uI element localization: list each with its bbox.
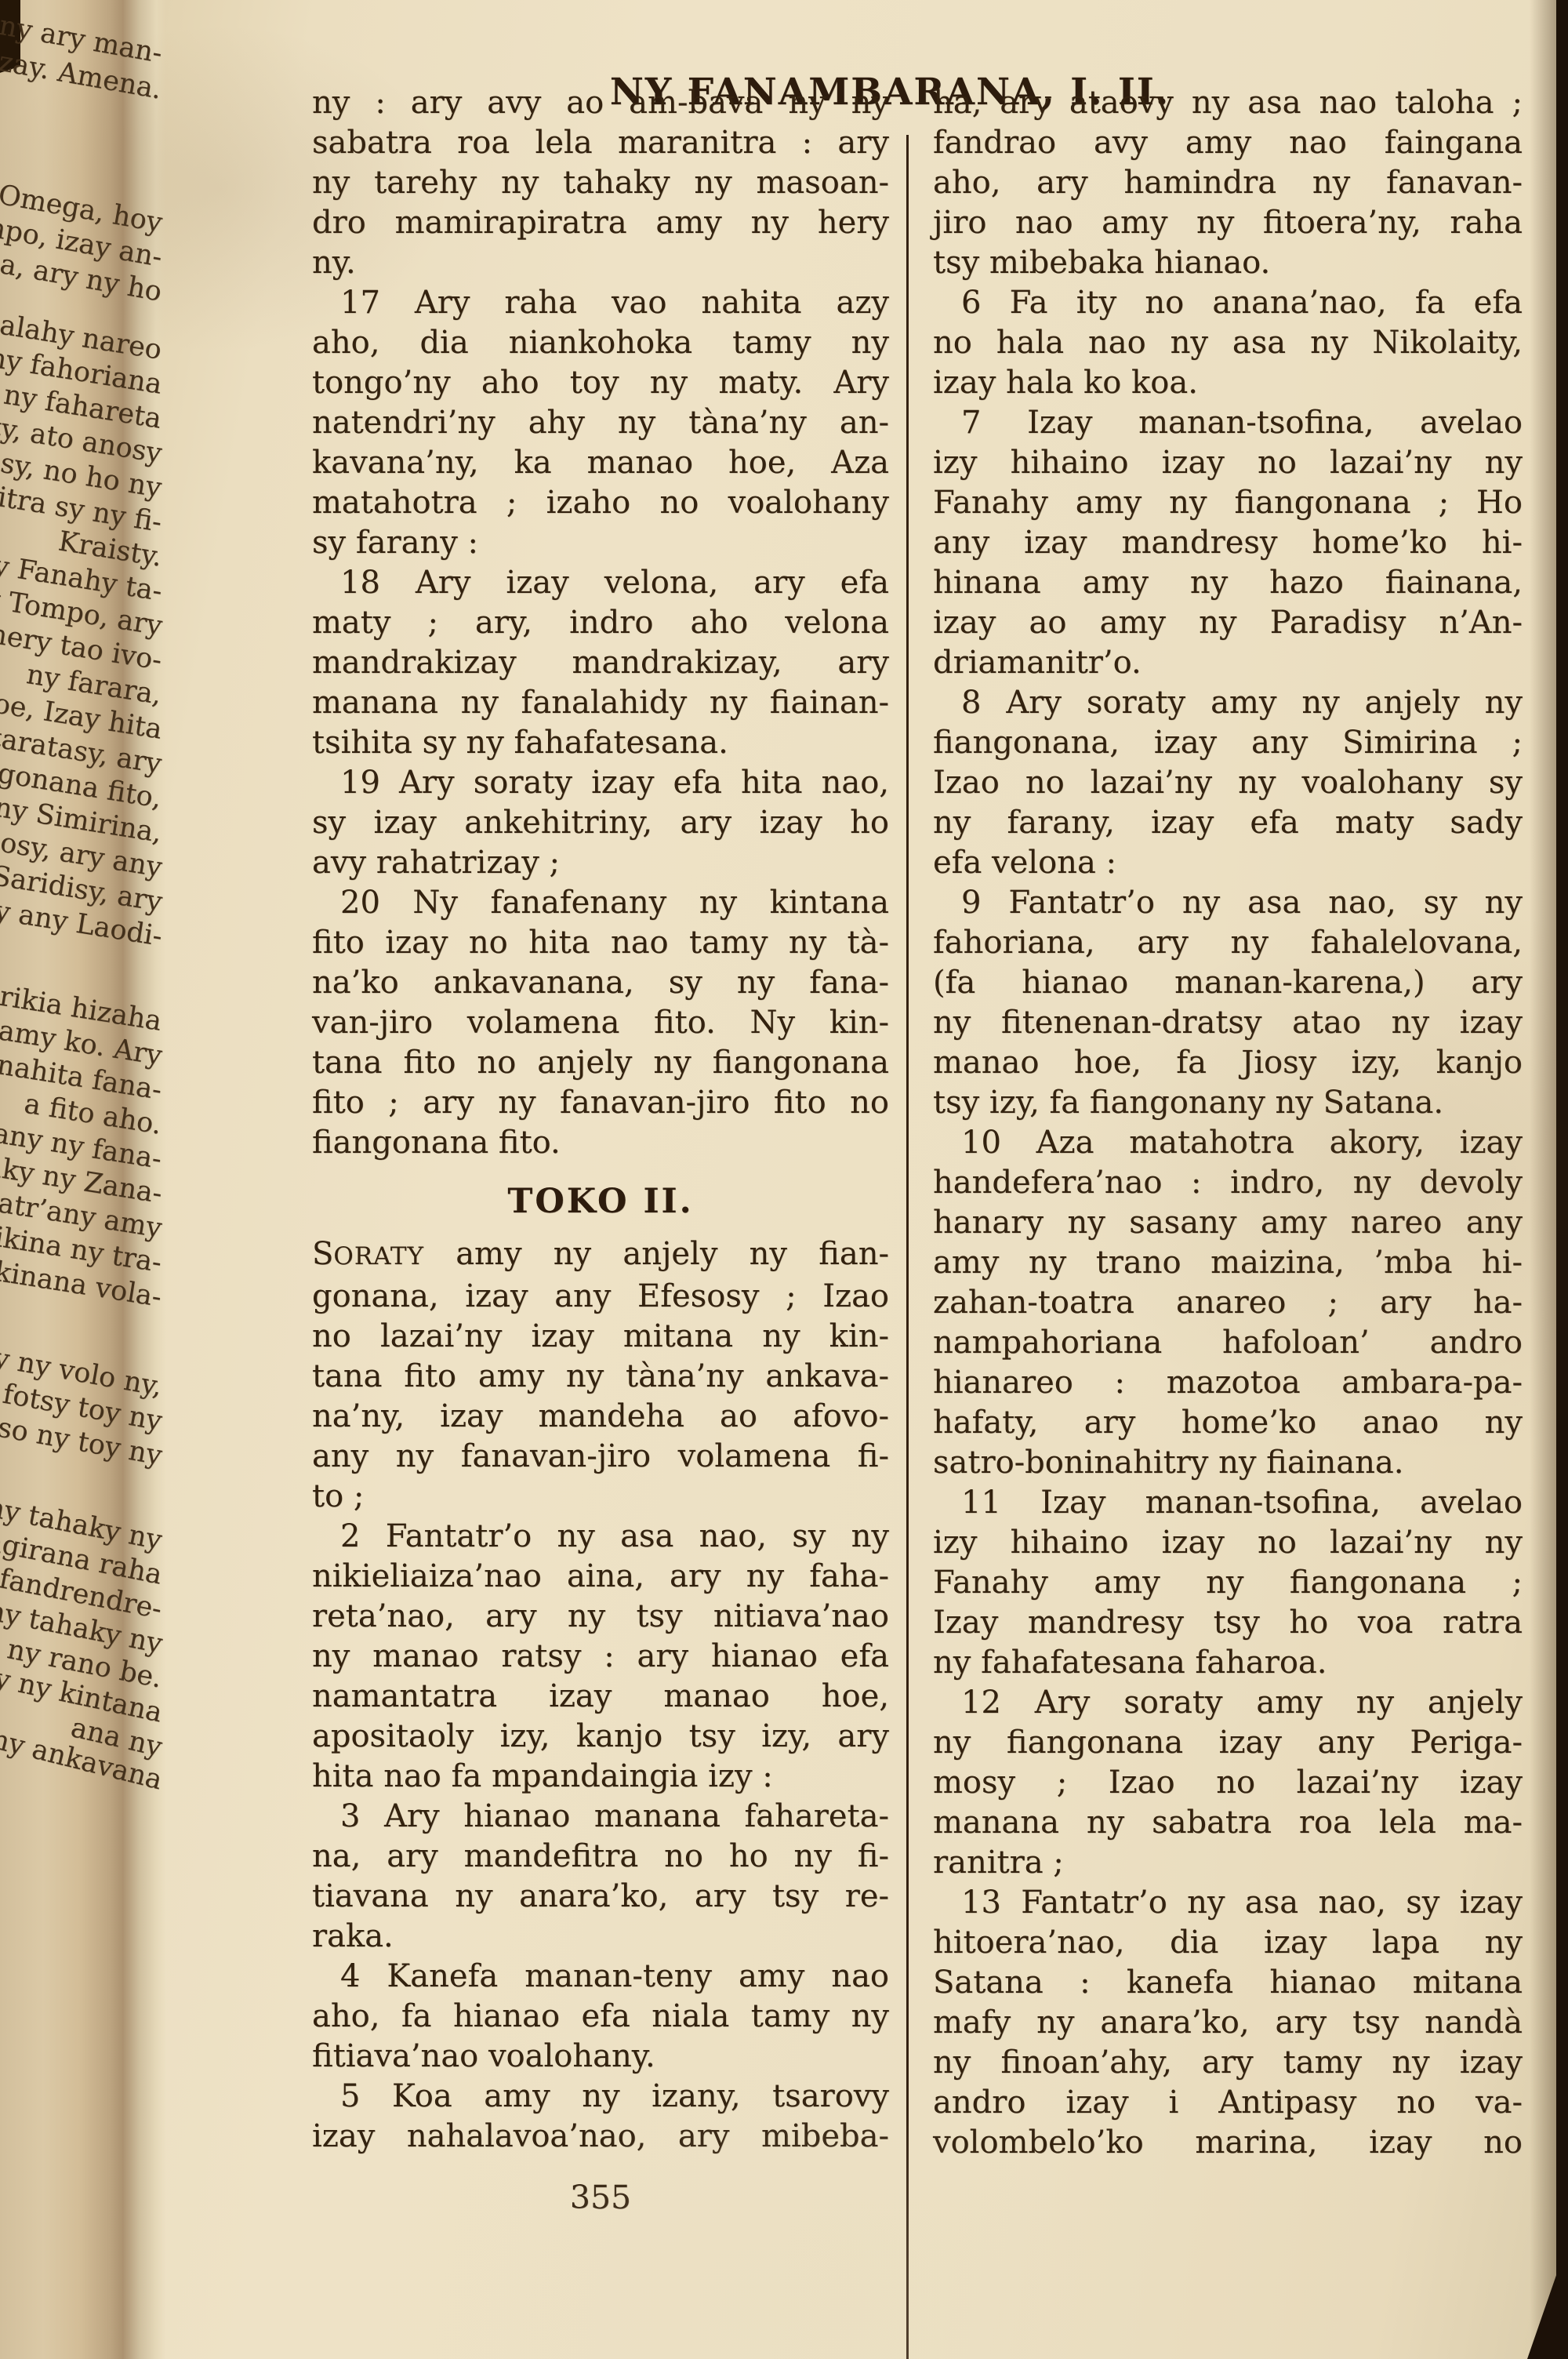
text-line: satro-boninahitry ny fiainana. [933,1443,1523,1483]
text-line: (fa hianao manan-karena,) ary [933,963,1523,1003]
text-line: na’ko ankavanana, sy ny fana- [312,963,889,1003]
verse-paragraph: 2 Fantatr’o ny asa nao, sy nynikieliaiza… [312,1517,889,1797]
text-line: sabatra roa lela maranitra : ary [312,123,889,163]
text-line: dro mamirapiratra amy ny hery [312,203,889,243]
text-line: hianareo : mazotoa ambara-pa- [933,1363,1523,1403]
text-line: tana fito amy ny tàna’ny ankava- [312,1357,889,1397]
verse-paragraph: 6 Fa ity no anana’nao, fa efano hala nao… [933,283,1523,403]
verse-paragraph: 17 Ary raha vao nahita azyaho, dia niank… [312,283,889,563]
text-line: tsy mibebaka hianao. [933,243,1523,283]
verse-paragraph: 9 Fantatr’o ny asa nao, sy nyfahoriana, … [933,883,1523,1123]
text-line: any izay mandresy home’ko hi- [933,523,1523,563]
verse-paragraph: 19 Ary soraty izay efa hita nao,sy izay … [312,763,889,883]
text-line: ny tarehy ny tahaky ny masoan- [312,163,889,203]
text-column-left: ny : ary avy ao am-bava ny nysabatra roa… [312,83,889,2157]
text-line: raka. [312,1917,889,1957]
verse-paragraph: 18 Ary izay velona, ary efamaty ; ary, i… [312,563,889,763]
text-line: nikieliaiza’nao aina, ary ny faha- [312,1557,889,1597]
text-line: hinana amy ny hazo fiainana, [933,563,1523,603]
text-line: 7 Izay manan-tsofina, avelao [933,403,1523,443]
text-line: andro izay i Antipasy no va- [933,2083,1523,2123]
text-line: no lazai’ny izay mitana ny kin- [312,1317,889,1357]
page-number: 355 [312,2179,889,2216]
text-line: avy rahatrizay ; [312,843,889,883]
text-line: hita nao fa mpandaingia izy : [312,1757,889,1797]
text-line: fiangonana fito. [312,1123,889,1163]
text-line: Izay mandresy tsy ho voa ratra [933,1603,1523,1643]
text-line: matahotra ; izaho no voalohany [312,483,889,523]
verse-paragraph: 8 Ary soraty amy ny anjely nyfiangonana,… [933,683,1523,883]
verse-paragraph: 11 Izay manan-tsofina, avelaoizy hihaino… [933,1483,1523,1683]
text-line: nampahoriana hafoloan’ andro [933,1323,1523,1363]
text-line: ny. [312,243,889,283]
text-line: ny finoan’ahy, ary tamy ny izay [933,2043,1523,2083]
text-line: tsy izy, fa fiangonany ny Satana. [933,1083,1523,1123]
text-line: namantatra izay manao hoe, [312,1677,889,1717]
text-line: 2 Fantatr’o ny asa nao, sy ny [312,1517,889,1557]
text-line: ny fiangonana izay any Periga- [933,1723,1523,1763]
text-line: tsihita sy ny fahafatesana. [312,723,889,763]
text-line: izy hihaino izay no lazai’ny ny [933,443,1523,483]
book-page: triny ary man-akizay. Amena.a sy Omega, … [0,0,1568,2359]
text-column-right: ha, ary ataovy ny asa nao taloha ;fandra… [933,83,1523,2163]
text-line: 13 Fantatr’o ny asa nao, sy izay [933,1883,1523,1923]
text-line: van-jiro volamena fito. Ny kin- [312,1003,889,1043]
text-line: hafaty, ary home’ko anao ny [933,1403,1523,1443]
text-line: driamanitr’o. [933,643,1523,683]
text-line: ranitra ; [933,1843,1523,1883]
book-edge [1556,0,1568,2359]
verse-paragraph: 12 Ary soraty amy ny anjelyny fiangonana… [933,1683,1523,1883]
text-line: fito ; ary ny fanavan-jiro fito no [312,1083,889,1123]
book-edge-corner [1527,2241,1568,2359]
text-line: izy hihaino izay no lazai’ny ny [933,1523,1523,1563]
verse-paragraph: 10 Aza matahotra akory, izayhandefera’na… [933,1123,1523,1483]
text-line: mandrakizay mandrakizay, ary [312,643,889,683]
text-line: no hala nao ny asa ny Nikolaity, [933,323,1523,363]
text-line: ny : ary avy ao am-bava ny ny [312,83,889,123]
text-line: natendri’ny ahy ny tàna’ny an- [312,403,889,443]
text-line: to ; [312,1477,889,1517]
text-line: 18 Ary izay velona, ary efa [312,563,889,603]
text-line: fandrao avy amy nao faingana [933,123,1523,163]
text-line: tongo’ny aho toy ny maty. Ary [312,363,889,403]
verse-paragraph: ha, ary ataovy ny asa nao taloha ;fandra… [933,83,1523,283]
verse-paragraph: 5 Koa amy ny izany, tsarovyizay nahalavo… [312,2077,889,2157]
text-line: sy izay ankehitriny, ary izay ho [312,803,889,843]
text-line: efa velona : [933,843,1523,883]
text-line: ny manao ratsy : ary hianao efa [312,1637,889,1677]
text-line: sy farany : [312,523,889,563]
text-line: ny fahafatesana faharoa. [933,1643,1523,1683]
text-line: aho, dia niankohoka tamy ny [312,323,889,363]
chapter-heading: TOKO II. [312,1182,889,1222]
verse-paragraph: 3 Ary hianao manana fahareta-na, ary man… [312,1797,889,1957]
page-edge-shading [1530,0,1556,2359]
text-line: hanary ny sasany amy nareo any [933,1203,1523,1243]
text-line: fiangonana, izay any Simirina ; [933,723,1523,763]
verse-paragraph: 20 Ny fanafenany ny kintanafito izay no … [312,883,889,1163]
text-line: 4 Kanefa manan-teny amy nao [312,1957,889,1997]
text-line: aho, fa hianao efa niala tamy ny [312,1997,889,2037]
text-line: manana ny fanalahidy ny fiainan- [312,683,889,723]
text-line: ny farany, izay efa maty sady [933,803,1523,843]
text-line: handefera’nao : indro, ny devoly [933,1163,1523,1203]
text-line: 9 Fantatr’o ny asa nao, sy ny [933,883,1523,923]
text-line: izay hala ko koa. [933,363,1523,403]
text-line: 19 Ary soraty izay efa hita nao, [312,763,889,803]
text-line: mosy ; Izao no lazai’ny izay [933,1763,1523,1803]
text-line: amy ny trano maizina, ’mba hi- [933,1243,1523,1283]
text-line: Satana : kanefa hianao mitana [933,1963,1523,2003]
text-line: ny fitenenan-dratsy atao ny izay [933,1003,1523,1043]
text-line: manana ny sabatra roa lela ma- [933,1803,1523,1843]
text-line: tiavana ny anara’ko, ary tsy re- [312,1877,889,1917]
text-line: gonana, izay any Efesosy ; Izao [312,1277,889,1317]
text-line: hitoera’nao, dia izay lapa ny [933,1923,1523,1963]
verse-paragraph: 4 Kanefa manan-teny amy naoaho, fa hiana… [312,1957,889,2077]
text-line: fito izay no hita nao tamy ny tà- [312,923,889,963]
text-line: mafy ny anara’ko, ary tsy nandà [933,2003,1523,2043]
text-line: Fanahy amy ny fiangonana ; Ho [933,483,1523,523]
text-line: 6 Fa ity no anana’nao, fa efa [933,283,1523,323]
text-line: 3 Ary hianao manana fahareta- [312,1797,889,1837]
text-line: zahan-toatra anareo ; ary ha- [933,1283,1523,1323]
text-line: tana fito no anjely ny fiangonana [312,1043,889,1083]
text-line: na’ny, izay mandeha ao afovo- [312,1397,889,1437]
text-line: Izao no lazai’ny ny voalohany sy [933,763,1523,803]
text-line: ha, ary ataovy ny asa nao taloha ; [933,83,1523,123]
column-divider-rule [906,135,909,2359]
text-line: 17 Ary raha vao nahita azy [312,283,889,323]
text-line: 8 Ary soraty amy ny anjely ny [933,683,1523,723]
text-line: apositaoly izy, kanjo tsy izy, ary [312,1717,889,1757]
text-line: any ny fanavan-jiro volamena fi- [312,1437,889,1477]
text-line: Fanahy amy ny fiangonana ; [933,1563,1523,1603]
text-line: 11 Izay manan-tsofina, avelao [933,1483,1523,1523]
text-line: 5 Koa amy ny izany, tsarovy [312,2077,889,2117]
verse-paragraph: SORATY amy ny anjely ny fian-gonana, iza… [312,1234,889,1517]
text-line: fitiava’nao voalohany. [312,2037,889,2077]
previous-page-edge: triny ary man-akizay. Amena.a sy Omega, … [0,0,166,2359]
text-line: fahoriana, ary ny fahalelovana, [933,923,1523,963]
text-line: reta’nao, ary ny tsy nitiava’nao [312,1597,889,1637]
text-line: 10 Aza matahotra akory, izay [933,1123,1523,1163]
text-line: 20 Ny fanafenany ny kintana [312,883,889,923]
text-line: na, ary mandefitra no ho ny fi- [312,1837,889,1877]
text-line: izay ao amy ny Paradisy n’An- [933,603,1523,643]
text-line: izay nahalavoa’nao, ary mibeba- [312,2117,889,2157]
text-line: volombelo’ko marina, izay no [933,2123,1523,2163]
text-line: jiro nao amy ny fitoera’ny, raha [933,203,1523,243]
text-line: SORATY amy ny anjely ny fian- [312,1234,889,1277]
text-line: kavana’ny, ka manao hoe, Aza [312,443,889,483]
text-line: 12 Ary soraty amy ny anjely [933,1683,1523,1723]
verse-paragraph: 7 Izay manan-tsofina, avelaoizy hihaino … [933,403,1523,683]
verse-paragraph: 13 Fantatr’o ny asa nao, sy izayhitoera’… [933,1883,1523,2163]
text-line: aho, ary hamindra ny fanavan- [933,163,1523,203]
verse-paragraph: ny : ary avy ao am-bava ny nysabatra roa… [312,83,889,283]
text-line: manao hoe, fa Jiosy izy, kanjo [933,1043,1523,1083]
text-line: maty ; ary, indro aho velona [312,603,889,643]
